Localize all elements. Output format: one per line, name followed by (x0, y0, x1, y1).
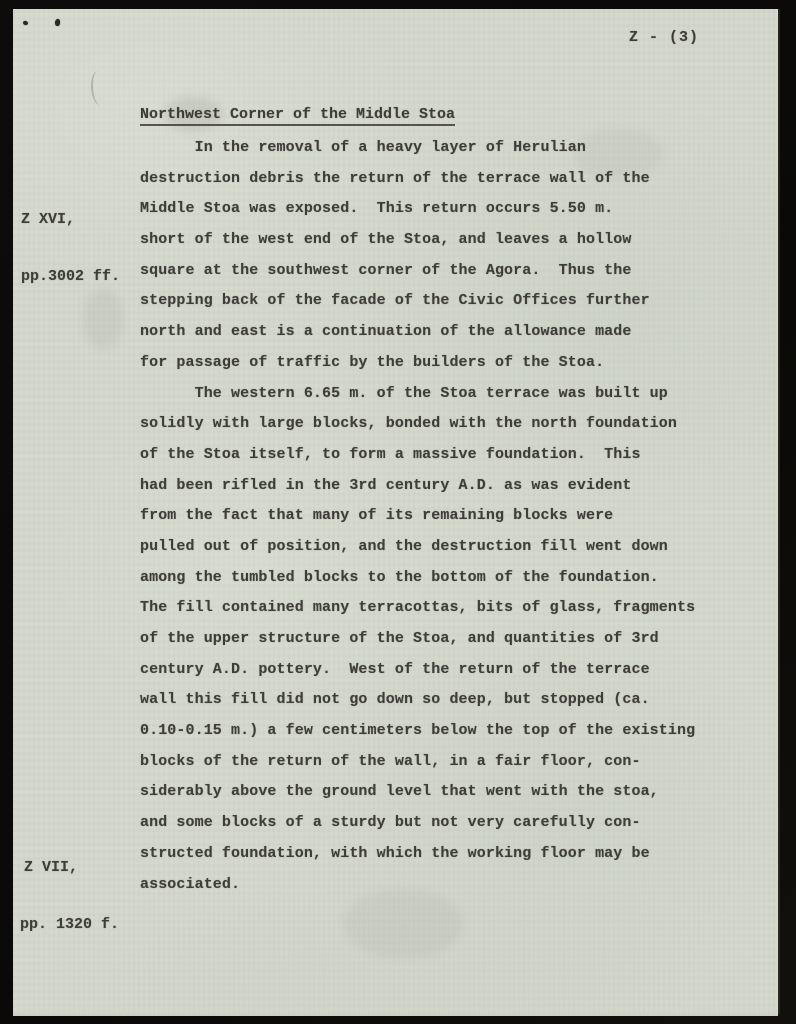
body-text: In the removal of a heavy layer of Herul… (140, 133, 720, 900)
body-line: short of the west end of the Stoa, and l… (140, 225, 720, 256)
body-line: for passage of traffic by the builders o… (140, 348, 720, 379)
pencil-mark (90, 70, 108, 105)
margin-reference-line: Z XVI, (21, 210, 120, 229)
body-line: had been rifled in the 3rd century A.D. … (140, 471, 720, 502)
body-line: of the Stoa itself, to form a massive fo… (140, 440, 720, 471)
body-line: wall this fill did not go down so deep, … (140, 685, 720, 716)
margin-reference-citation: Z XVI, pp.3002 ff. (21, 172, 120, 324)
body-line: associated. (140, 870, 720, 901)
section-heading: Northwest Corner of the Middle Stoa (140, 106, 455, 126)
body-line: square at the southwest corner of the Ag… (140, 256, 720, 287)
page-number: Z - (3) (629, 29, 699, 46)
body-line: pulled out of position, and the destruct… (140, 532, 720, 563)
body-line: and some blocks of a sturdy but not very… (140, 808, 720, 839)
body-line: 0.10-0.15 m.) a few centimeters below th… (140, 716, 720, 747)
body-line: of the upper structure of the Stoa, and … (140, 624, 720, 655)
body-line: destruction debris the return of the ter… (140, 164, 720, 195)
document-page: Z - (3) Northwest Corner of the Middle S… (13, 9, 778, 1014)
body-line: north and east is a continuation of the … (140, 317, 720, 348)
body-line: structed foundation, with which the work… (140, 839, 720, 870)
body-line: blocks of the return of the wall, in a f… (140, 747, 720, 778)
body-line: siderably above the ground level that we… (140, 777, 720, 808)
body-line: The fill contained many terracottas, bit… (140, 593, 720, 624)
body-line: solidly with large blocks, bonded with t… (140, 409, 720, 440)
margin-reference-line: pp. 1320 f. (20, 915, 119, 934)
margin-reference-line: pp.3002 ff. (21, 267, 120, 286)
body-line: from the fact that many of its remaining… (140, 501, 720, 532)
margin-reference-line: Z VII, (24, 858, 119, 877)
body-line: century A.D. pottery. West of the return… (140, 655, 720, 686)
body-line: The western 6.65 m. of the Stoa terrace … (140, 379, 720, 410)
body-line: stepping back of the facade of the Civic… (140, 286, 720, 317)
body-line: among the tumbled blocks to the bottom o… (140, 563, 720, 594)
scanned-document: Z - (3) Northwest Corner of the Middle S… (0, 0, 796, 1024)
ink-speck (22, 20, 28, 25)
body-line: Middle Stoa was exposed. This return occ… (140, 194, 720, 225)
margin-reference-citation: Z VII, pp. 1320 f. (24, 820, 119, 972)
body-line: In the removal of a heavy layer of Herul… (140, 133, 720, 164)
ink-speck (55, 19, 60, 26)
